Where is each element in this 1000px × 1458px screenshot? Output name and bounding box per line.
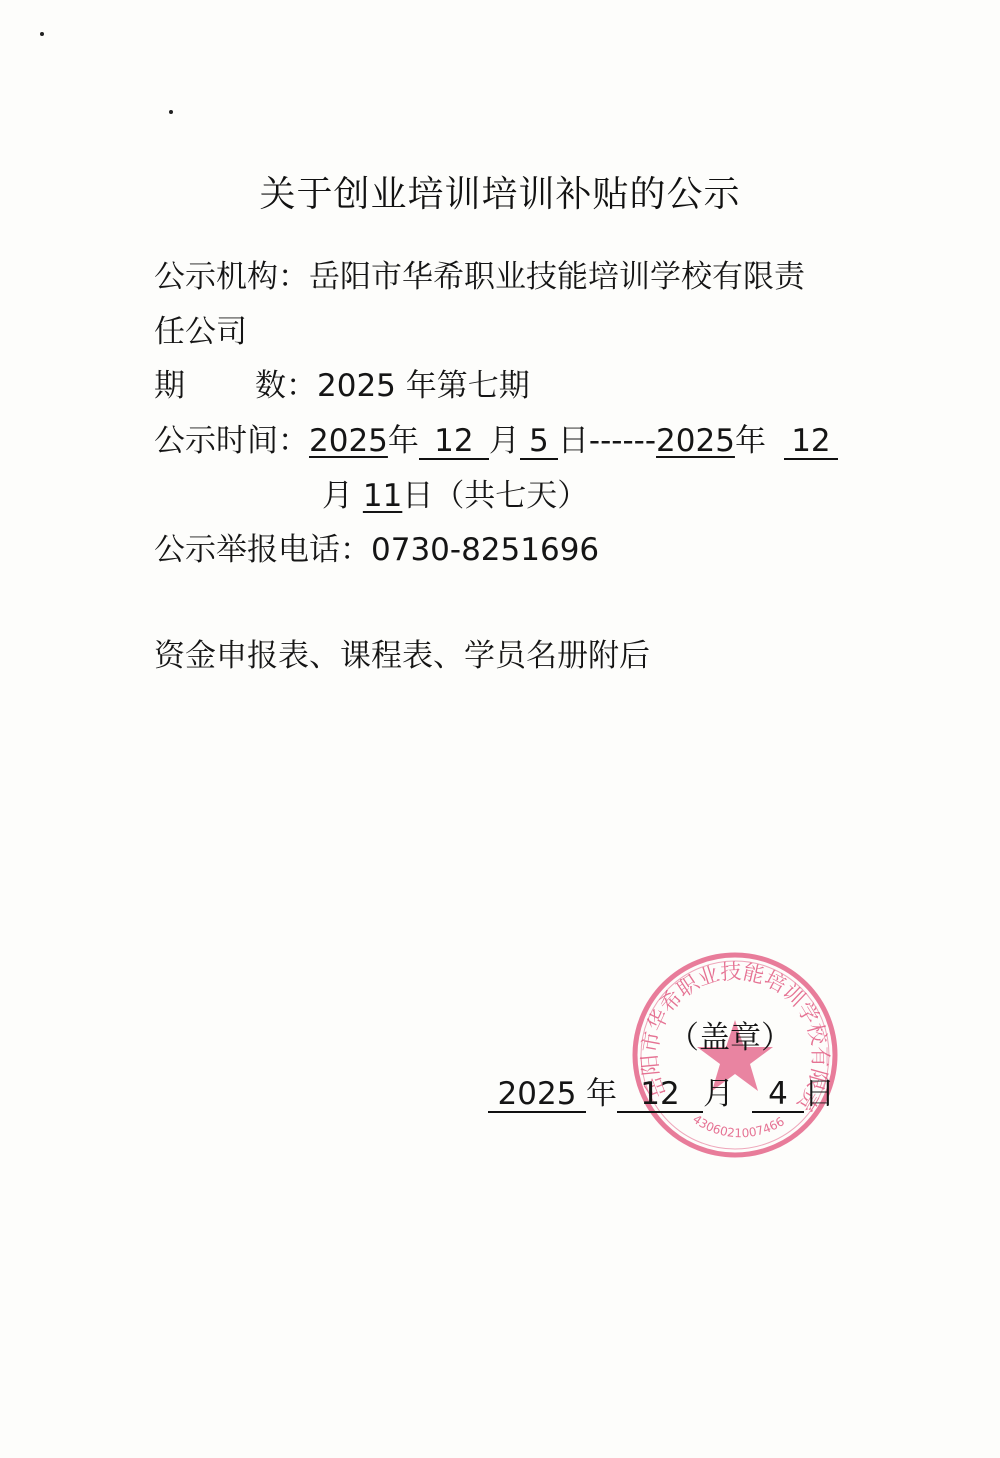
svg-text:4306021007466: 4306021007466 (690, 1112, 787, 1140)
year-unit: 年 (388, 423, 419, 459)
period-label-1: 期 (154, 368, 185, 404)
scan-speck (40, 32, 44, 36)
month-unit: 月 (489, 423, 520, 459)
institution-value-cont: 任公司 (154, 314, 247, 350)
start-month: 12 (419, 424, 489, 460)
seal-serial: 4306021007466 (690, 1112, 787, 1140)
signature-date: 2025年12月4日 (488, 1068, 835, 1113)
phone-value: 0730-8251696 (371, 532, 599, 568)
year-unit: 年 (735, 423, 766, 459)
period-label-2: 数： (255, 368, 317, 404)
start-year: 2025 (309, 423, 388, 459)
time-label: 公示时间： (154, 423, 309, 459)
phone-line: 公示举报电话：0730-8251696 (154, 530, 599, 570)
end-day: 11 (363, 478, 402, 514)
day-unit: 日 (558, 423, 589, 459)
seal-label: （盖章） (668, 1012, 792, 1057)
day-unit: 日 (804, 1076, 835, 1112)
institution-label: 公示机构： (154, 259, 309, 295)
scan-speck (169, 110, 173, 114)
institution-line: 公示机构：岳阳市华希职业技能培训学校有限责 (154, 257, 805, 297)
page-title: 关于创业培训培训补贴的公示 (0, 166, 1000, 217)
institution-line-cont: 任公司 (154, 312, 247, 352)
sign-day: 4 (752, 1077, 804, 1113)
time-separator: ------ (589, 423, 656, 459)
month-unit: 月 (322, 478, 353, 514)
day-unit: 日 (402, 478, 433, 514)
start-day: 5 (520, 424, 558, 460)
time-line-cont: 月 11日（共七天） (322, 476, 588, 516)
time-duration: （共七天） (433, 478, 588, 514)
year-unit: 年 (586, 1076, 617, 1112)
sign-year: 2025 (488, 1077, 586, 1113)
end-year: 2025 (656, 423, 735, 459)
phone-label: 公示举报电话： (154, 532, 371, 568)
institution-value: 岳阳市华希职业技能培训学校有限责 (309, 259, 805, 295)
period-value: 2025 年第七期 (317, 368, 530, 404)
time-line: 公示时间：2025年12月5日------2025年12 (154, 421, 838, 461)
period-line: 期数：2025 年第七期 (154, 366, 530, 406)
attachments-note: 资金申报表、课程表、学员名册附后 (154, 636, 650, 676)
month-unit: 月 (703, 1076, 734, 1112)
end-month: 12 (784, 424, 838, 460)
sign-month: 12 (617, 1077, 703, 1113)
